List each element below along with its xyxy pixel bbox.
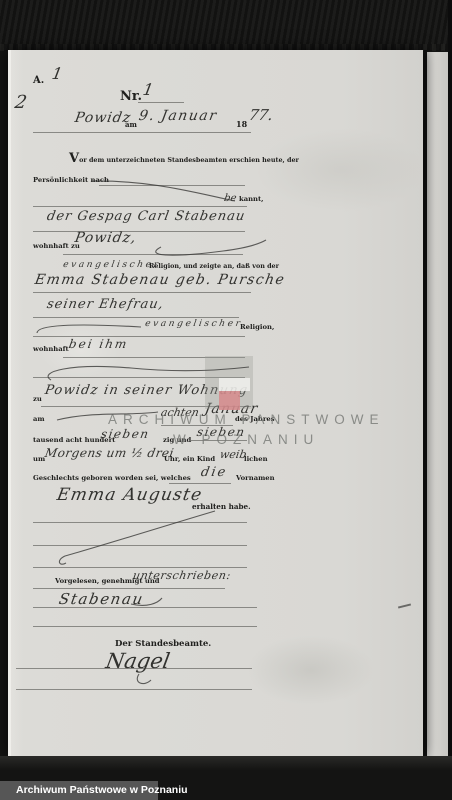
declarant-handwritten: der Gespag Carl Stabenau	[46, 210, 247, 223]
archive-stamp-red-square	[219, 391, 240, 410]
archive-watermark-line1: ARCHIWUM PANSTWOWE	[108, 412, 385, 427]
record-number-value: 1	[142, 82, 155, 98]
year-handwritten: 77.	[248, 108, 275, 123]
rule-religion2	[33, 336, 245, 337]
religion2-printed: Religion,	[240, 324, 274, 331]
identity-known-printed: kannt,	[239, 196, 264, 203]
rule-blank-3	[33, 567, 247, 568]
margin-number2-handwritten: 2	[13, 94, 28, 112]
rule-identity-1	[99, 185, 245, 186]
signature-declarant: Stabenau	[58, 592, 145, 607]
rule-closing	[33, 588, 225, 589]
rule-identity-2	[33, 206, 247, 207]
rule-signature1	[33, 607, 257, 608]
archive-footer-label: Archiwum Państwowe w Poznaniu	[0, 781, 158, 800]
book-cover-cloth	[0, 0, 452, 50]
residence-handwritten: Powidz,	[74, 231, 138, 245]
residence2-handwritten: bei ihm	[68, 338, 130, 350]
birthplace-printed: zu	[33, 396, 42, 403]
rule-signature2	[16, 668, 252, 669]
place-handwritten: Powidz	[74, 111, 133, 125]
time-handwritten: Morgens um ½ drei	[44, 447, 175, 459]
archive-stamp-white-square	[219, 378, 250, 391]
scan-viewport: A. 1 2 Nr. 1 Powidz am 9. Januar 18 77. …	[0, 0, 452, 800]
archive-watermark-line2: W POZNANIU	[173, 432, 319, 447]
sexline-handwritten-die: die	[200, 466, 228, 479]
page-gap-shadow	[424, 50, 427, 800]
adjacent-page-edge	[427, 52, 448, 800]
date-handwritten: 9. Januar	[138, 109, 219, 123]
rule-residence	[63, 254, 243, 255]
rule-mother	[33, 292, 251, 293]
mother-handwritten: Emma Stabenau geb. Pursche	[34, 273, 287, 287]
sex-printed-suffix: lichen	[244, 456, 268, 463]
sexline-printed1: Geschlechts geboren worden sei, welches	[33, 475, 191, 482]
intro-printed-text: Vor dem unterzeichneten Standesbeamten e…	[69, 152, 299, 165]
register-page: A. 1 2 Nr. 1 Powidz am 9. Januar 18 77. …	[8, 50, 423, 756]
rule-declarant	[33, 231, 245, 232]
margin-letter: A.	[33, 76, 44, 86]
registrar-title-printed: Der Standesbeamte.	[115, 640, 211, 649]
identity-handwritten-be: be	[223, 194, 237, 204]
rule-blank-1	[33, 522, 247, 523]
sexline-printed2: Vornamen	[236, 475, 275, 482]
rule-blank-2	[33, 545, 247, 546]
time-printed-uhr: Uhr, ein Kind	[164, 456, 215, 463]
birthdate-printed-am: am	[33, 416, 45, 423]
rule-wife	[33, 317, 239, 318]
closing-handwritten: unterschrieben:	[132, 570, 232, 581]
scan-right-edge	[448, 0, 452, 800]
religion1-handwritten: evangelischer	[62, 261, 161, 270]
wife-handwritten: seiner Ehefrau,	[46, 298, 165, 311]
year-printed-prefix: 18	[236, 120, 247, 128]
identity-printed-label: Persönlichkeit nach	[33, 177, 109, 184]
am-label: am	[125, 121, 137, 128]
received-printed: erhalten habe.	[192, 503, 251, 510]
yearline-hand1: sieben	[100, 428, 151, 440]
rule-place-line	[33, 132, 251, 133]
rule-signature1b	[33, 626, 257, 627]
residence2-printed: wohnhaft	[33, 346, 69, 353]
rule-under-nr	[138, 102, 184, 103]
rule-signature2b	[16, 689, 252, 690]
religion2-handwritten: evangelischer	[144, 320, 243, 329]
margin-pen-mark	[398, 603, 411, 608]
religion1-printed: Religion, und zeigte an, daß von der	[149, 263, 279, 269]
rule-vornamen	[169, 483, 231, 484]
child-name-handwritten: Emma Auguste	[56, 487, 204, 504]
margin-number-handwritten: 1	[51, 66, 64, 82]
